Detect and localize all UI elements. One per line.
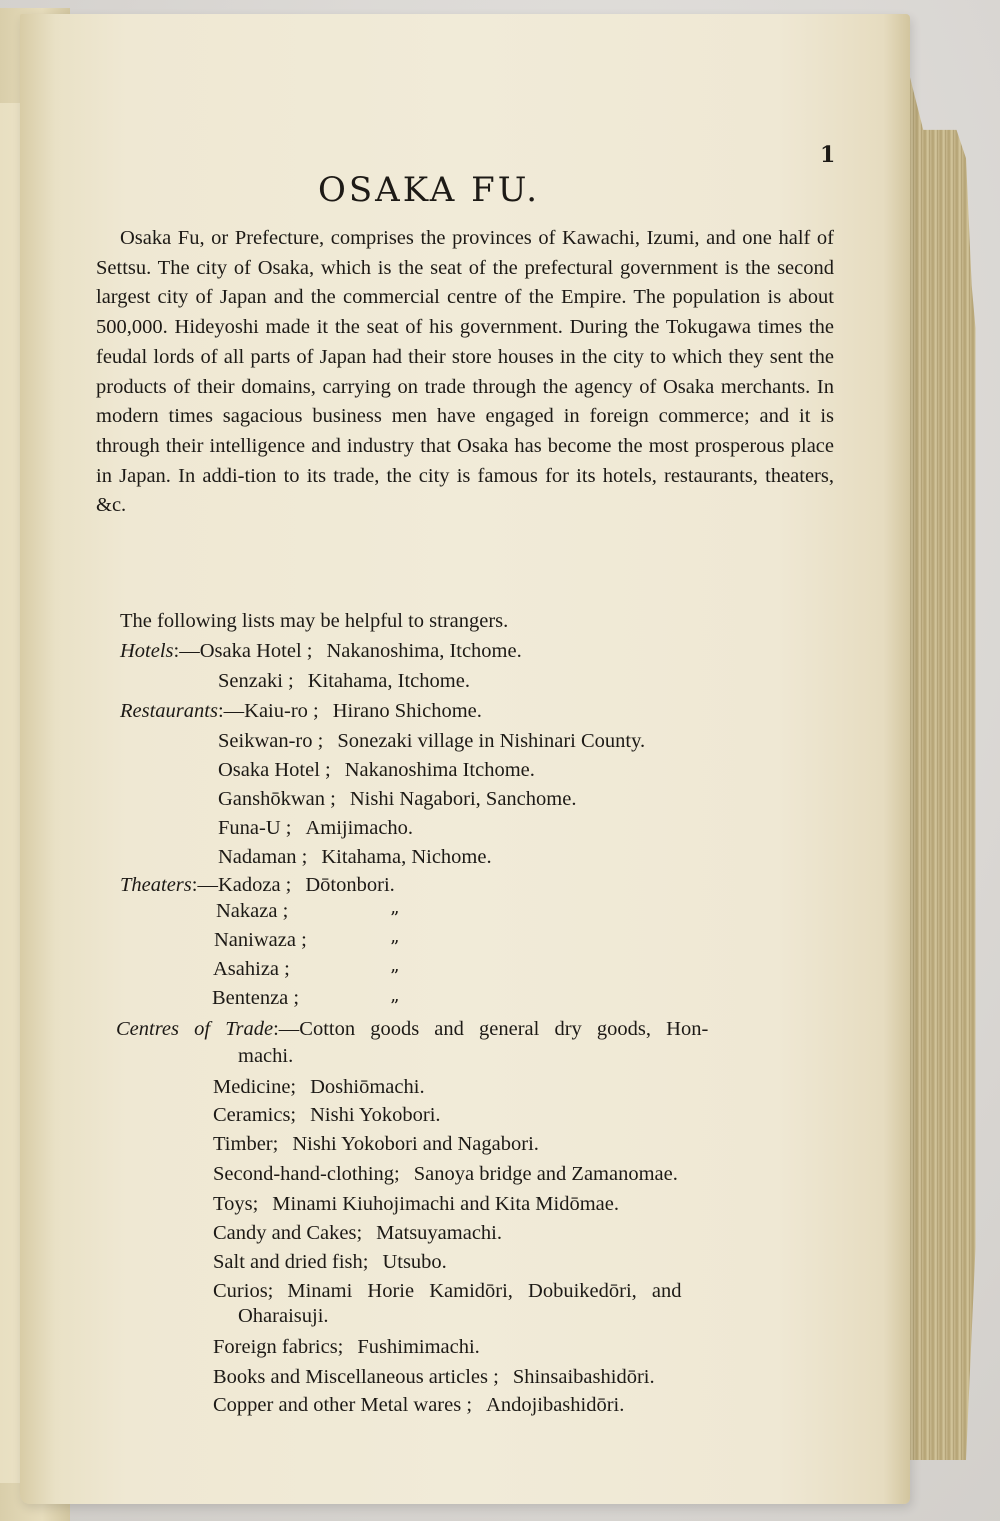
restaurants-row-5: Nadaman ;Kitahama, Nichome. bbox=[218, 846, 492, 869]
dash: :— bbox=[174, 640, 200, 662]
restaurant-name: Ganshōkwan ; bbox=[218, 788, 336, 810]
theaters-row-2: Naniwaza ; bbox=[214, 929, 307, 952]
trade-location: Sanoya bridge and Zamanomae. bbox=[414, 1163, 678, 1185]
ditto-mark: ” bbox=[390, 966, 399, 987]
trade-row-8: Foreign fabrics;Fushimimachi. bbox=[213, 1336, 480, 1359]
theaters-row-4: Bentenza ; bbox=[212, 987, 299, 1010]
theater-location: Dōtonbori. bbox=[305, 874, 394, 896]
restaurants-row-2: Osaka Hotel ;Nakanoshima Itchome. bbox=[218, 759, 535, 782]
restaurant-location: Sonezaki village in Nishinari County. bbox=[337, 730, 645, 752]
trade-location: Fushimimachi. bbox=[357, 1336, 479, 1358]
ditto-mark: ” bbox=[390, 937, 399, 958]
restaurant-name: Seikwan-ro ; bbox=[218, 730, 323, 752]
theater-name: Naniwaza ; bbox=[214, 929, 307, 951]
trade-row-5: Candy and Cakes;Matsuyamachi. bbox=[213, 1222, 502, 1245]
trade-row-10: Copper and other Metal wares ;Andojibash… bbox=[213, 1394, 624, 1417]
hotels-row-1: Senzaki ;Kitahama, Itchome. bbox=[218, 670, 470, 693]
trade-label: Centres of Trade bbox=[116, 1018, 273, 1040]
restaurants-row-4: Funa-U ;Amijimacho. bbox=[218, 817, 413, 840]
page-number: 1 bbox=[820, 142, 835, 168]
trade-good: Ceramics; bbox=[213, 1104, 296, 1126]
trade-location: Minami Kiuhojimachi and Kita Midōmae. bbox=[272, 1193, 619, 1215]
hotel-name: Senzaki ; bbox=[218, 670, 294, 692]
restaurant-name: Funa-U ; bbox=[218, 817, 291, 839]
trade-location: Nishi Yokobori. bbox=[310, 1104, 440, 1126]
restaurants-row-3: Ganshōkwan ;Nishi Nagabori, Sanchome. bbox=[218, 788, 576, 811]
restaurant-location: Hirano Shichome. bbox=[333, 700, 482, 722]
trade-location: Utsubo. bbox=[382, 1251, 446, 1273]
trade-good: Books and Miscellaneous articles ; bbox=[213, 1366, 499, 1388]
trade-good: Salt and dried fish; bbox=[213, 1251, 368, 1273]
trade-row-0: Medicine;Doshiōmachi. bbox=[213, 1076, 425, 1099]
restaurant-location: Nakanoshima Itchome. bbox=[345, 759, 535, 781]
theaters-row-3: Asahiza ; bbox=[213, 958, 290, 981]
restaurants-row-0: Restaurants:—Kaiu-ro ;Hirano Shichome. bbox=[120, 700, 482, 723]
trade-good: Copper and other Metal wares ; bbox=[213, 1394, 472, 1416]
trade-good: Medicine; bbox=[213, 1076, 296, 1098]
restaurants-label: Restaurants bbox=[120, 700, 218, 722]
trade-row-first: Centres of Trade:—Cotton goods and gener… bbox=[116, 1018, 708, 1041]
theater-name: Asahiza ; bbox=[213, 958, 290, 980]
trade-row-4: Toys;Minami Kiuhojimachi and Kita Midōma… bbox=[213, 1193, 619, 1216]
trade-location: Andojibashidōri. bbox=[486, 1394, 624, 1416]
theater-name: Nakaza ; bbox=[216, 900, 288, 922]
trade-row-6: Salt and dried fish;Utsubo. bbox=[213, 1251, 447, 1274]
trade-row-7-continuation: Oharaisuji. bbox=[238, 1305, 329, 1328]
dash: :— bbox=[273, 1018, 299, 1040]
restaurant-location: Nishi Nagabori, Sanchome. bbox=[350, 788, 577, 810]
intro-text: Osaka Fu, or Prefecture, comprises the p… bbox=[96, 224, 834, 521]
restaurant-location: Amijimacho. bbox=[305, 817, 413, 839]
hotel-location: Nakanoshima, Itchome. bbox=[326, 640, 521, 662]
lead-in: The following lists may be helpful to st… bbox=[120, 610, 508, 633]
trade-first-continuation: machi. bbox=[238, 1045, 293, 1068]
trade-location: Shinsaibashidōri. bbox=[513, 1366, 655, 1388]
trade-good: Timber; bbox=[213, 1133, 278, 1155]
trade-location: Matsuyamachi. bbox=[376, 1222, 502, 1244]
trade-row-3: Second-hand-clothing;Sanoya bridge and Z… bbox=[213, 1163, 678, 1186]
dash: :— bbox=[218, 700, 244, 722]
hotels-row-0: Hotels:—Osaka Hotel ;Nakanoshima, Itchom… bbox=[120, 640, 522, 663]
trade-first-line: Cotton goods and general dry goods, Hon- bbox=[299, 1018, 708, 1040]
trade-row-7: Curios;Minami Horie Kamidōri, Dobuikedōr… bbox=[213, 1280, 682, 1303]
trade-row-1: Ceramics;Nishi Yokobori. bbox=[213, 1104, 441, 1127]
ditto-mark: ” bbox=[390, 996, 399, 1017]
trade-good: Candy and Cakes; bbox=[213, 1222, 362, 1244]
trade-location: Nishi Yokobori and Nagabori. bbox=[292, 1133, 539, 1155]
restaurant-location: Kitahama, Nichome. bbox=[321, 846, 491, 868]
trade-good: Toys; bbox=[213, 1193, 258, 1215]
restaurant-name: Kaiu-ro ; bbox=[244, 700, 319, 722]
restaurant-name: Osaka Hotel ; bbox=[218, 759, 331, 781]
theaters-label: Theaters bbox=[120, 874, 192, 896]
intro-paragraph: Osaka Fu, or Prefecture, comprises the p… bbox=[96, 224, 834, 521]
trade-good: Curios; bbox=[213, 1280, 273, 1302]
page-title: OSAKA FU. bbox=[318, 170, 540, 210]
trade-row-9: Books and Miscellaneous articles ;Shinsa… bbox=[213, 1366, 655, 1389]
theaters-row-0: Theaters:—Kadoza ;Dōtonbori. bbox=[120, 874, 395, 897]
ditto-mark: ” bbox=[390, 908, 399, 929]
hotel-location: Kitahama, Itchome. bbox=[308, 670, 470, 692]
trade-good: Foreign fabrics; bbox=[213, 1336, 343, 1358]
trade-row-2: Timber;Nishi Yokobori and Nagabori. bbox=[213, 1133, 539, 1156]
trade-location: Doshiōmachi. bbox=[310, 1076, 424, 1098]
dash: :— bbox=[192, 874, 218, 896]
trade-good: Second-hand-clothing; bbox=[213, 1163, 400, 1185]
theater-name: Kadoza ; bbox=[218, 874, 291, 896]
theaters-row-1: Nakaza ; bbox=[216, 900, 288, 923]
hotel-name: Osaka Hotel ; bbox=[200, 640, 313, 662]
hotels-label: Hotels bbox=[120, 640, 174, 662]
restaurants-row-1: Seikwan-ro ;Sonezaki village in Nishinar… bbox=[218, 730, 645, 753]
restaurant-name: Nadaman ; bbox=[218, 846, 307, 868]
trade-location: Minami Horie Kamidōri, Dobuikedōri, and bbox=[287, 1280, 681, 1302]
theater-name: Bentenza ; bbox=[212, 987, 299, 1009]
